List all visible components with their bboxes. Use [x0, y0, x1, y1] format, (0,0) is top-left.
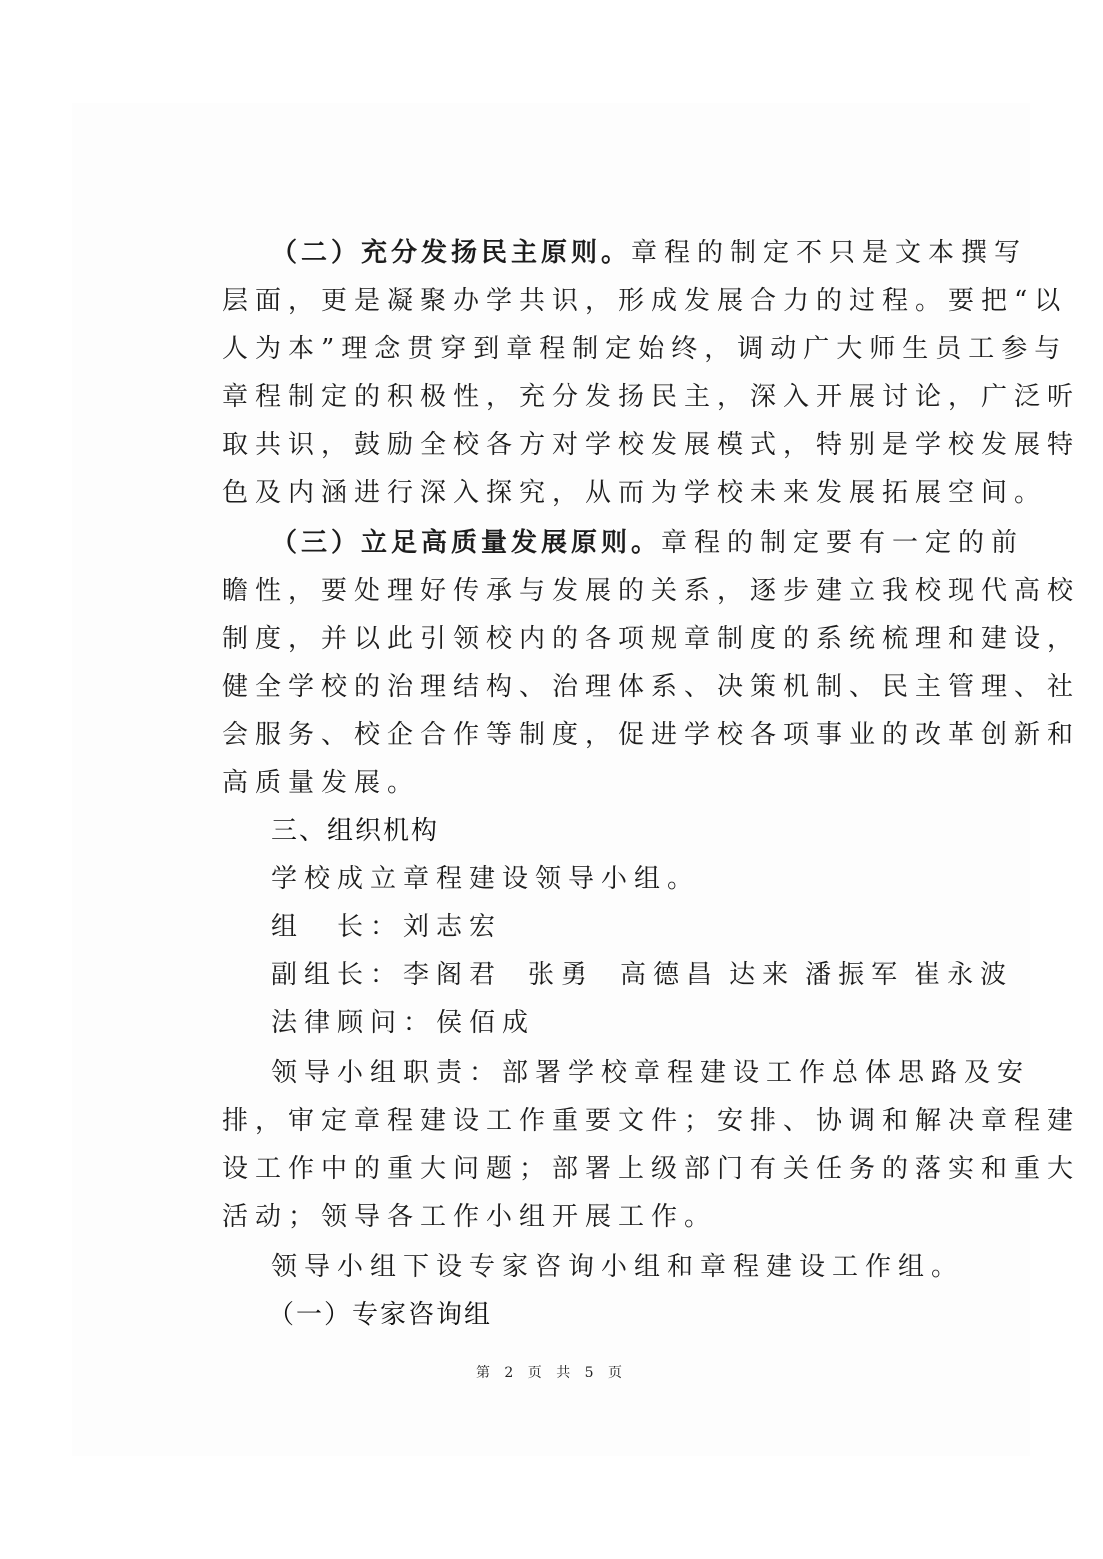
deputy-name: 崔永波: [914, 960, 1013, 990]
duties-line: 活动；领导各工作小组开展工作。: [222, 1197, 892, 1237]
paragraph-line: 层面，更是凝聚办学共识，形成发展合力的过程。要把“以: [222, 281, 892, 321]
paragraph-line: 人为本”理念贯穿到章程制定始终，调动广大师生员工参与: [222, 329, 892, 369]
leader-line: 组 长：刘志宏: [271, 907, 892, 947]
deputy-label: 副组长：: [271, 960, 403, 990]
section2-heading: （二）充分发扬民主原则。: [271, 238, 631, 268]
deputy-line: 副组长：李阁君张勇高德昌达来潘振军崔永波: [271, 955, 892, 995]
expert-group-heading: （一）专家咨询组: [268, 1295, 938, 1335]
section2-first-line: （二）充分发扬民主原则。章程的制定不只是文本撰写: [271, 233, 892, 273]
section3-first-line: （三）立足高质量发展原则。章程的制定要有一定的前: [271, 523, 892, 563]
org-intro: 学校成立章程建设领导小组。: [271, 859, 892, 899]
paragraph-line: 章程制定的积极性，充分发扬民主，深入开展讨论，广泛听: [222, 377, 892, 417]
deputy-name: 李阁君: [403, 960, 502, 990]
paragraph-line: 高质量发展。: [222, 763, 892, 803]
leader-label: 组 长：: [271, 912, 403, 942]
section2-text: 章程的制定不只是文本撰写: [631, 238, 1027, 268]
deputy-name: 张勇: [528, 960, 594, 990]
deputy-name: 高德昌: [620, 960, 719, 990]
paragraph-line: 瞻性，要处理好传承与发展的关系，逐步建立我校现代高校: [222, 571, 892, 611]
legal-line: 法律顾问：侯佰成: [271, 1003, 892, 1043]
deputy-name: 达来: [729, 960, 795, 990]
leader-name: 刘志宏: [403, 912, 502, 942]
page-number: 第 2 页 共 5 页: [0, 1362, 1103, 1382]
section3-heading: （三）立足高质量发展原则。: [271, 528, 661, 558]
paragraph-line: 色及内涵进行深入探究，从而为学校未来发展拓展空间。: [222, 473, 892, 513]
duties-line: 排，审定章程建设工作重要文件；安排、协调和解决章程建: [222, 1101, 892, 1141]
paragraph-line: 取共识，鼓励全校各方对学校发展模式，特别是学校发展特: [222, 425, 892, 465]
subgroups-line: 领导小组下设专家咨询小组和章程建设工作组。: [271, 1247, 892, 1287]
duties-line: 设工作中的重大问题；部署上级部门有关任务的落实和重大: [222, 1149, 892, 1189]
deputy-name: 潘振军: [805, 960, 904, 990]
paragraph-line: 健全学校的治理结构、治理体系、决策机制、民主管理、社: [222, 667, 892, 707]
section3-text: 章程的制定要有一定的前: [661, 528, 1024, 558]
duties-line: 领导小组职责：部署学校章程建设工作总体思路及安: [271, 1053, 892, 1093]
org-heading: 三、组织机构: [271, 811, 892, 851]
legal-name: 侯佰成: [436, 1008, 535, 1038]
paragraph-line: 会服务、校企合作等制度，促进学校各项事业的改革创新和: [222, 715, 892, 755]
paragraph-line: 制度，并以此引领校内的各项规章制度的系统梳理和建设，: [222, 619, 892, 659]
legal-label: 法律顾问：: [271, 1008, 436, 1038]
